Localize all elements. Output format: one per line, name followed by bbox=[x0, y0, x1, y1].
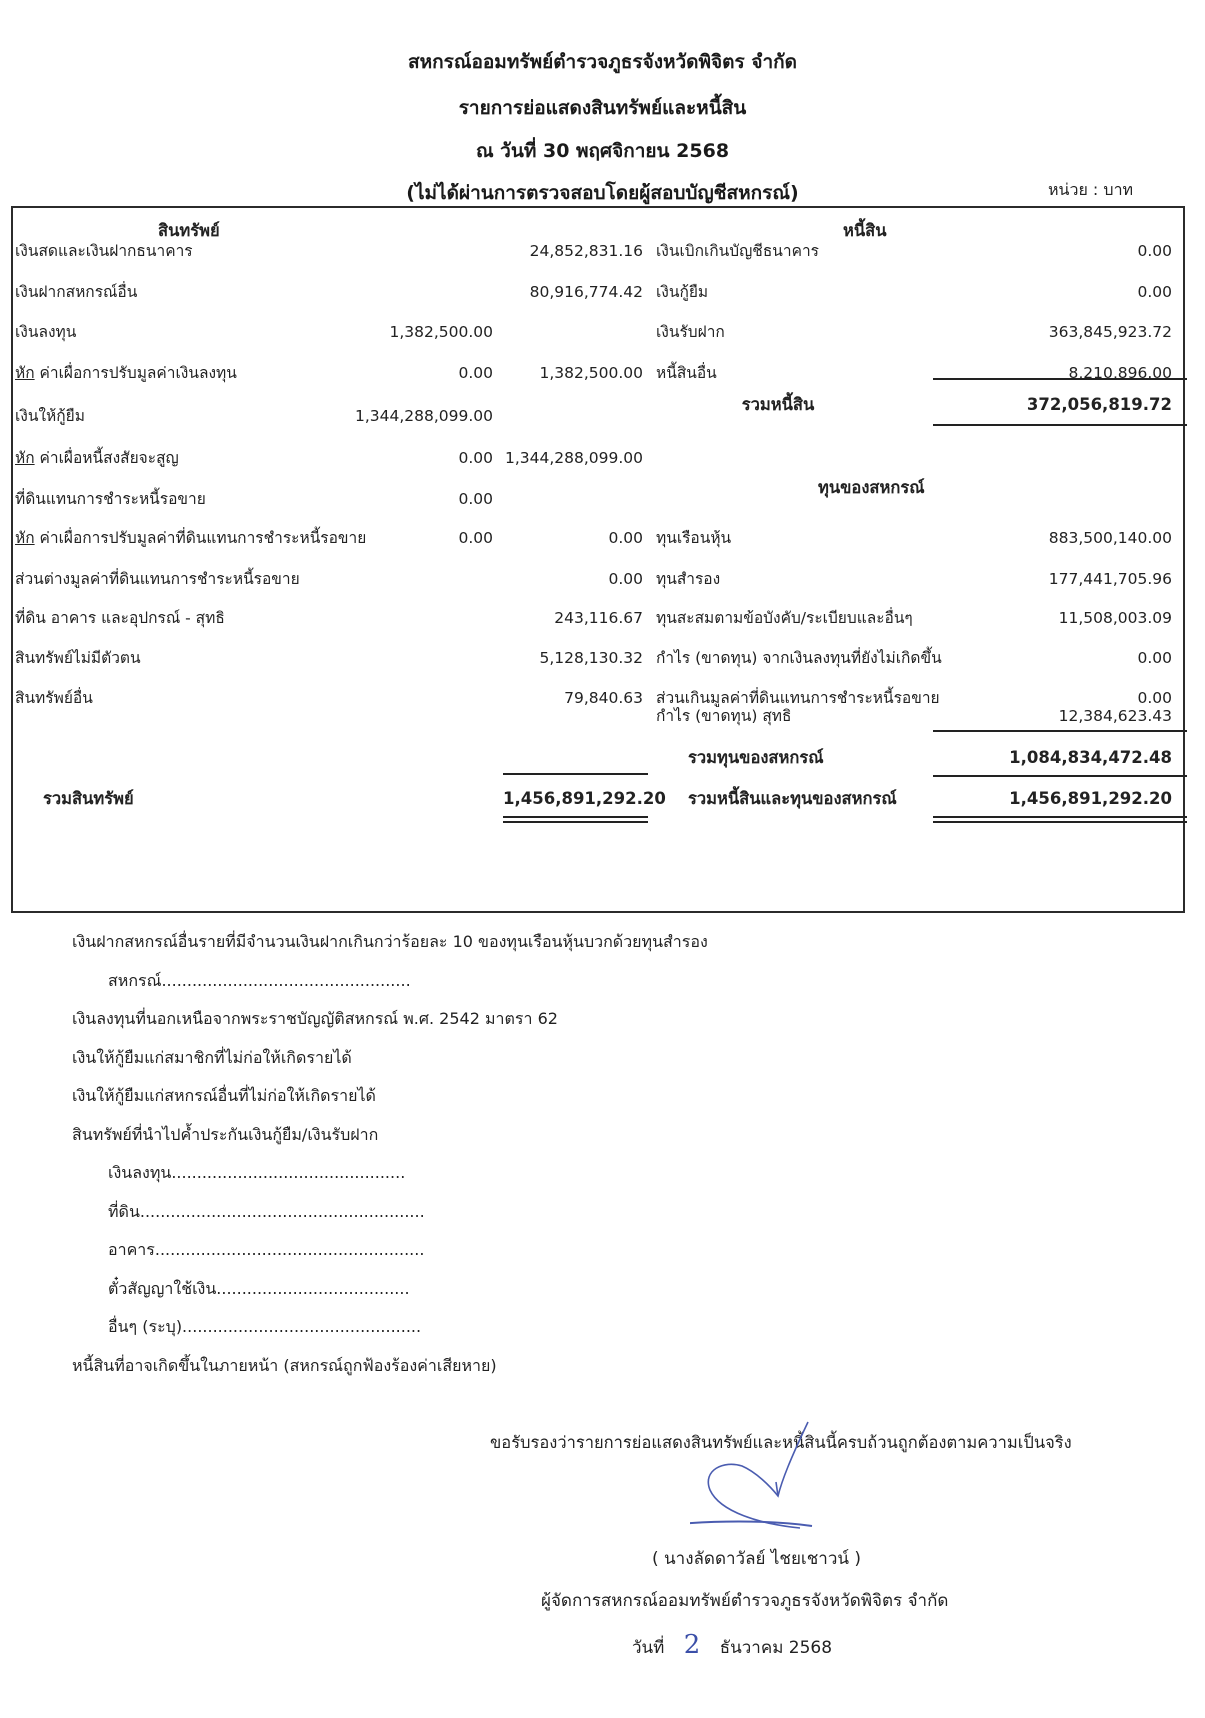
liabilities-total-rule bbox=[933, 424, 1187, 426]
note-line: เงินลงทุนที่นอกเหนือจากพระราชบัญญัติสหกร… bbox=[72, 1007, 558, 1032]
note-line: สินทรัพย์ที่นำไปค้ำประกันเงินกู้ยืม/เงิน… bbox=[72, 1123, 378, 1148]
date-month-year: ธันวาคม 2568 bbox=[720, 1638, 832, 1658]
signer-name: ( นางลัดดาวัลย์ ไชยเชาวน์ ) bbox=[652, 1545, 861, 1572]
liabilities-subtotal-rule bbox=[933, 378, 1187, 380]
asset-amount: 80,916,774.42 bbox=[483, 282, 643, 302]
equity-total-label: รวมทุนของสหกรณ์ bbox=[688, 748, 824, 768]
asset-row-label: เงินฝากสหกรณ์อื่น bbox=[15, 282, 137, 302]
signer-title: ผู้จัดการสหกรณ์ออมทรัพย์ตำรวจภูธรจังหวัด… bbox=[541, 1587, 948, 1614]
asset-sub-amount: 0.00 bbox=[343, 363, 493, 383]
less-prefix: หัก bbox=[15, 449, 35, 467]
equity-row-label: กำไร (ขาดทุน) จากเงินลงทุนที่ยังไม่เกิดข… bbox=[656, 648, 942, 668]
asset-label-text: สินทรัพย์ไม่มีตัวตน bbox=[15, 649, 141, 667]
liabilities-heading: หนี้สิน bbox=[843, 221, 887, 241]
asset-sub-amount: 1,382,500.00 bbox=[343, 322, 493, 342]
liability-row-label: หนี้สินอื่น bbox=[656, 363, 717, 383]
equity-amount: 883,500,140.00 bbox=[933, 528, 1172, 548]
note-line: เงินลงทุน...............................… bbox=[108, 1161, 405, 1186]
grand-total-label: รวมหนี้สินและทุนของสหกรณ์ bbox=[688, 789, 897, 809]
liability-amount: 0.00 bbox=[933, 241, 1172, 261]
asset-sub-amount: 0.00 bbox=[343, 528, 493, 548]
note-line: อื่นๆ (ระบุ)............................… bbox=[108, 1315, 421, 1340]
asset-label-text: ส่วนต่างมูลค่าที่ดินแทนการชำระหนี้รอขาย bbox=[15, 570, 300, 588]
note-line: หนี้สินที่อาจเกิดขึ้นในภายหน้า (สหกรณ์ถู… bbox=[72, 1354, 497, 1379]
asset-amount: 79,840.63 bbox=[483, 688, 643, 708]
note-line: เงินให้กู้ยืมแก่สหกรณ์อื่นที่ไม่ก่อให้เก… bbox=[72, 1084, 376, 1109]
asset-label-text: ค่าเผื่อการปรับมูลค่าเงินลงทุน bbox=[35, 364, 237, 382]
liability-row-label: เงินเบิกเกินบัญชีธนาคาร bbox=[656, 241, 819, 261]
organization-name: สหกรณ์ออมทรัพย์ตำรวจภูธรจังหวัดพิจิตร จำ… bbox=[0, 47, 1205, 77]
equity-amount: 177,441,705.96 bbox=[933, 569, 1172, 589]
asset-label-text: ที่ดิน อาคาร และอุปกรณ์ - สุทธิ bbox=[15, 609, 225, 627]
equity-amount: 0.00 bbox=[933, 648, 1172, 668]
equity-amount: 12,384,623.43 bbox=[933, 706, 1172, 726]
asset-amount: 1,344,288,099.00 bbox=[483, 448, 643, 468]
liability-amount: 8,210,896.00 bbox=[933, 363, 1172, 383]
note-line: สหกรณ์..................................… bbox=[108, 969, 411, 994]
note-line: ตั๋วสัญญาใช้เงิน........................… bbox=[108, 1277, 410, 1302]
asset-amount: 243,116.67 bbox=[483, 608, 643, 628]
currency-unit: หน่วย : บาท bbox=[1048, 178, 1133, 203]
asset-row-label: เงินสดและเงินฝากธนาคาร bbox=[15, 241, 193, 261]
liability-row-label: เงินกู้ยืม bbox=[656, 282, 708, 302]
equity-row-label: ส่วนเกินมูลค่าที่ดินแทนการชำระหนี้รอขาย bbox=[656, 688, 940, 708]
signature-icon bbox=[690, 1420, 850, 1530]
date-prefix: วันที่ bbox=[632, 1638, 664, 1658]
equity-heading: ทุนของสหกรณ์ bbox=[818, 478, 925, 498]
liabilities-total-label: รวมหนี้สิน bbox=[688, 395, 868, 415]
signing-date: วันที่ 2 ธันวาคม 2568 bbox=[632, 1630, 832, 1661]
note-line: ที่ดิน..................................… bbox=[108, 1200, 425, 1225]
grand-total-double-rule bbox=[933, 816, 1187, 823]
balance-sheet-table: สินทรัพย์ หนี้สิน เงินสดและเงินฝากธนาคาร… bbox=[11, 206, 1185, 913]
report-date: ณ วันที่ 30 พฤศจิกายน 2568 bbox=[0, 136, 1205, 166]
assets-heading: สินทรัพย์ bbox=[158, 221, 220, 241]
report-title: รายการย่อแสดงสินทรัพย์และหนี้สิน bbox=[0, 93, 1205, 123]
liability-amount: 0.00 bbox=[933, 282, 1172, 302]
asset-row-label: ที่ดิน อาคาร และอุปกรณ์ - สุทธิ bbox=[15, 608, 225, 628]
equity-row-label: ทุนเรือนหุ้น bbox=[656, 528, 731, 548]
asset-row-label: เงินลงทุน bbox=[15, 322, 76, 342]
asset-sub-amount: 0.00 bbox=[343, 448, 493, 468]
less-prefix: หัก bbox=[15, 364, 35, 382]
asset-row-label: ส่วนต่างมูลค่าที่ดินแทนการชำระหนี้รอขาย bbox=[15, 569, 300, 589]
asset-row-label: หัก ค่าเผื่อหนี้สงสัยจะสูญ bbox=[15, 448, 179, 468]
assets-subtotal-rule bbox=[503, 773, 648, 775]
asset-amount: 24,852,831.16 bbox=[483, 241, 643, 261]
equity-subtotal-rule bbox=[933, 730, 1187, 732]
asset-label-text: ค่าเผื่อหนี้สงสัยจะสูญ bbox=[35, 449, 179, 467]
audit-note: (ไม่ได้ผ่านการตรวจสอบโดยผู้สอบบัญชีสหกรณ… bbox=[0, 178, 1205, 208]
asset-row-label: หัก ค่าเผื่อการปรับมูลค่าเงินลงทุน bbox=[15, 363, 237, 383]
liabilities-total-amount: 372,056,819.72 bbox=[933, 395, 1172, 415]
liability-row-label: เงินรับฝาก bbox=[656, 322, 725, 342]
assets-total-label: รวมสินทรัพย์ bbox=[43, 789, 134, 809]
asset-row-label: ที่ดินแทนการชำระหนี้รอขาย bbox=[15, 489, 206, 509]
assets-total-double-rule bbox=[503, 816, 648, 823]
asset-label-text: เงินสดและเงินฝากธนาคาร bbox=[15, 242, 193, 260]
assets-total-amount: 1,456,891,292.20 bbox=[503, 789, 643, 809]
asset-amount: 5,128,130.32 bbox=[483, 648, 643, 668]
equity-total-amount: 1,084,834,472.48 bbox=[933, 748, 1172, 768]
equity-amount: 11,508,003.09 bbox=[933, 608, 1172, 628]
asset-row-label: เงินให้กู้ยืม bbox=[15, 406, 85, 426]
asset-label-text: ค่าเผื่อการปรับมูลค่าที่ดินแทนการชำระหนี… bbox=[35, 529, 367, 547]
note-line: เงินให้กู้ยืมแก่สมาชิกที่ไม่ก่อให้เกิดรา… bbox=[72, 1046, 352, 1071]
asset-label-text: ที่ดินแทนการชำระหนี้รอขาย bbox=[15, 490, 206, 508]
asset-label-text: เงินฝากสหกรณ์อื่น bbox=[15, 283, 137, 301]
equity-total-rule bbox=[933, 775, 1187, 777]
asset-label-text: สินทรัพย์อื่น bbox=[15, 689, 93, 707]
equity-row-label: ทุนสำรอง bbox=[656, 569, 720, 589]
asset-amount: 0.00 bbox=[483, 528, 643, 548]
asset-row-label: หัก ค่าเผื่อการปรับมูลค่าที่ดินแทนการชำร… bbox=[15, 528, 366, 548]
asset-row-label: สินทรัพย์อื่น bbox=[15, 688, 93, 708]
less-prefix: หัก bbox=[15, 529, 35, 547]
asset-amount: 0.00 bbox=[483, 569, 643, 589]
equity-row-label: กำไร (ขาดทุน) สุทธิ bbox=[656, 706, 791, 726]
asset-label-text: เงินลงทุน bbox=[15, 323, 76, 341]
asset-sub-amount: 0.00 bbox=[343, 489, 493, 509]
note-line: อาคาร...................................… bbox=[108, 1238, 424, 1263]
asset-label-text: เงินให้กู้ยืม bbox=[15, 407, 85, 425]
equity-amount: 0.00 bbox=[933, 688, 1172, 708]
grand-total-amount: 1,456,891,292.20 bbox=[933, 789, 1172, 809]
asset-amount: 1,382,500.00 bbox=[483, 363, 643, 383]
liability-amount: 363,845,923.72 bbox=[933, 322, 1172, 342]
asset-sub-amount: 1,344,288,099.00 bbox=[343, 406, 493, 426]
note-line: เงินฝากสหกรณ์อื่นรายที่มีจำนวนเงินฝากเกิ… bbox=[72, 930, 708, 955]
equity-row-label: ทุนสะสมตามข้อบังคับ/ระเบียบและอื่นๆ bbox=[656, 608, 913, 628]
asset-row-label: สินทรัพย์ไม่มีตัวตน bbox=[15, 648, 141, 668]
handwritten-day: 2 bbox=[684, 1630, 701, 1660]
